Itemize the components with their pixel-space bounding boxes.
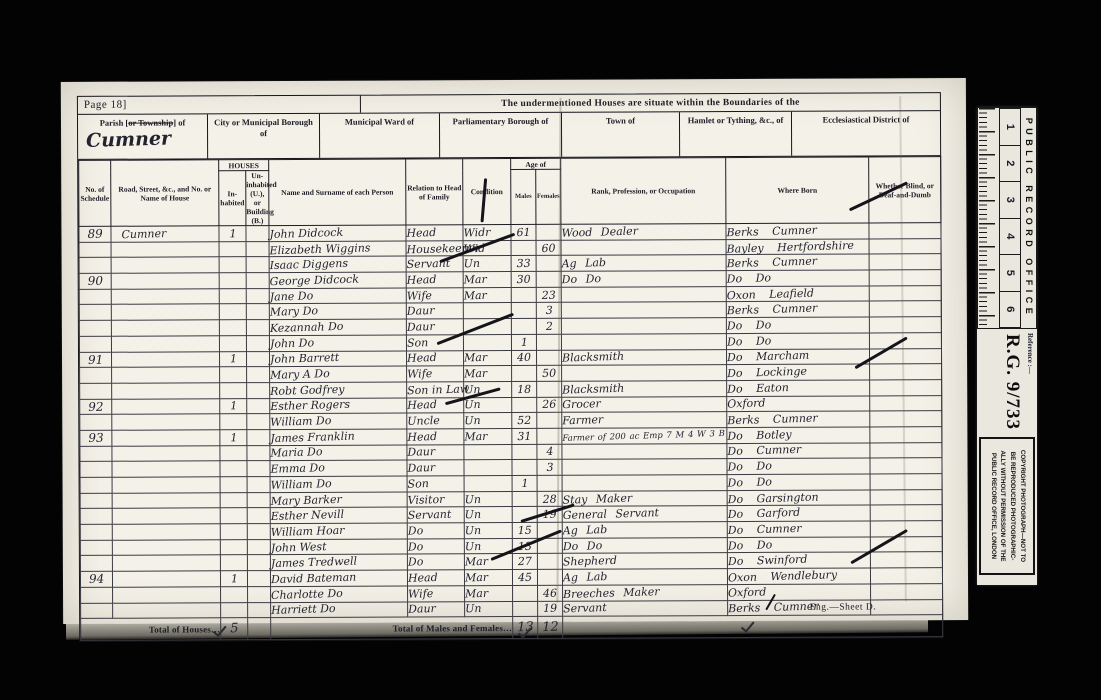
district-header-row: Parish [or Township] of Cumner City or M… (78, 111, 940, 160)
person-name: Robt Godfrey (270, 383, 345, 397)
col-occupation: Rank, Profession, or Occupation (561, 158, 726, 225)
cell-condition: Mar (463, 350, 511, 366)
cell-relation: Uncle (407, 413, 464, 429)
cell-infirm (869, 301, 941, 317)
cell-age-male (513, 585, 538, 601)
cell-inhabited (219, 273, 246, 289)
cell-uninhabited (247, 492, 270, 508)
occupation-value: Servant (563, 602, 607, 615)
cell-infirm (869, 238, 941, 254)
relation-value: Head (408, 572, 438, 585)
cell-inhabited (220, 414, 247, 430)
cell-name: Isaac Diggens (269, 256, 406, 272)
cell-name: Harriett Do (271, 601, 408, 617)
condition-value: Widr (463, 227, 490, 240)
cell-schedule (79, 258, 111, 274)
cell-occupation: Farmer (562, 412, 727, 428)
col-males: Males (511, 169, 536, 224)
age-male-value: 52 (517, 415, 531, 427)
cell-relation: Wife (407, 366, 464, 382)
age-male-value: 18 (517, 383, 531, 395)
age-male-value: 45 (518, 572, 532, 584)
pro-ruler-section: PUBLIC RECORD OFFICE 1 2 3 4 5 6 (977, 107, 1037, 329)
born-value: Do Swinford (728, 554, 808, 568)
cell-born: Do Do (726, 317, 869, 333)
cell-condition: Un (464, 491, 512, 507)
occupation-value: Wood Dealer (561, 225, 638, 239)
condition-value: Mar (464, 431, 487, 444)
cell-infirm (869, 285, 941, 301)
age-female-value: 26 (542, 399, 556, 411)
relation-value: Do (408, 541, 424, 553)
condition-value: Un (463, 258, 480, 270)
cell-age-male: 40 (511, 350, 536, 366)
cell-relation: Servant (406, 256, 463, 272)
cell-uninhabited (247, 539, 270, 555)
cell-schedule (80, 556, 112, 572)
cell-infirm (871, 599, 943, 615)
cell-born: Do Garford (727, 505, 870, 521)
banner-text: The undermentioned Houses are situate wi… (360, 93, 940, 113)
person-name: James Franklin (270, 430, 355, 445)
cell-road (113, 602, 221, 618)
cell-uninhabited (247, 367, 270, 383)
census-page: Page 18] The undermentioned Houses are s… (61, 78, 968, 624)
road-value: Cumner (121, 228, 166, 241)
relation-value: Son (407, 478, 429, 491)
cell-occupation: Farmer of 200 ac Emp 7 M 4 W 3 B (562, 428, 727, 444)
col-name: Name and Surname of each Person (269, 159, 406, 226)
age-female-value: 50 (542, 368, 556, 380)
census-table-header: No. of Schedule Road, Street, &c., and N… (79, 157, 941, 227)
cell-born: Do Garsington (727, 490, 870, 506)
cell-infirm (869, 317, 941, 333)
relation-value: Son (407, 337, 429, 350)
cell-name: Esther Rogers (270, 398, 407, 414)
relation-value: Daur (407, 462, 435, 475)
cell-inhabited (220, 461, 247, 477)
census-table-totals: Total of Houses… 5 Total of Males and Fe… (81, 615, 943, 641)
cell-schedule (80, 446, 112, 462)
cell-relation: Daur (406, 303, 463, 319)
relation-value: Do (408, 556, 424, 568)
pro-strip-content: PUBLIC RECORD OFFICE 1 2 3 4 5 6 Referen… (977, 107, 1037, 585)
cell-name: James Tredwell (270, 554, 407, 570)
cell-infirm (870, 489, 942, 505)
field-ecclesiastical-district: Ecclesiastical District of (792, 111, 940, 156)
cell-age-male (511, 287, 536, 303)
cell-occupation: Ag Lab (562, 522, 727, 538)
cell-name: John Do (269, 335, 406, 351)
parish-value: Cumner (86, 127, 172, 153)
relation-value: Head (407, 274, 437, 287)
cell-infirm (870, 427, 942, 443)
cell-inhabited (221, 602, 248, 618)
condition-value: Un (465, 541, 482, 553)
cell-name: Maria Do (270, 445, 407, 461)
cell-inhabited (219, 304, 246, 320)
person-name: William Do (270, 478, 331, 492)
cell-inhabited: 1 (219, 351, 246, 367)
cell-inhabited (220, 367, 247, 383)
ruler-number: 3 (999, 182, 1021, 219)
cell-age-male: 31 (512, 428, 537, 444)
relation-value: Wife (408, 588, 434, 601)
person-name: William Hoar (271, 525, 345, 539)
cell-schedule (79, 320, 111, 336)
born-value: Oxford (728, 586, 767, 599)
cell-road (112, 571, 220, 587)
cell-uninhabited (247, 382, 270, 398)
cell-condition: Mar (464, 554, 512, 570)
schedule-number: 89 (87, 228, 103, 240)
condition-value: Un (465, 525, 482, 537)
cell-name: Mary Do (269, 303, 406, 319)
cell-inhabited (219, 241, 246, 257)
relation-value: Daur (407, 305, 435, 318)
cell-occupation: Shepherd (562, 553, 727, 569)
cell-inhabited (220, 524, 247, 540)
cell-born: Oxford (728, 584, 871, 600)
cell-relation: Visitor (407, 491, 464, 507)
cell-name: James Franklin (270, 429, 407, 445)
schedule-number: 92 (88, 401, 104, 413)
cell-road (111, 336, 219, 352)
cell-road (111, 289, 219, 305)
cell-born: Do Marcham (726, 348, 869, 364)
cell-name: Mary A Do (270, 366, 407, 382)
cell-condition: Un (464, 507, 512, 523)
cell-born: Do Do (726, 270, 869, 286)
cell-schedule: 90 (79, 273, 111, 289)
cell-inhabited: 1 (220, 430, 247, 446)
ruler-number: 6 (999, 292, 1021, 329)
born-value: Do Do (727, 272, 772, 285)
person-name: Kezannah Do (270, 321, 344, 335)
cell-condition (464, 460, 512, 476)
cell-inhabited: 1 (220, 571, 247, 587)
cell-name: John Barrett (269, 350, 406, 366)
cell-age-male (513, 601, 538, 617)
occupation-value: Ag Lab (563, 571, 608, 584)
age-male-value: 15 (518, 525, 532, 537)
inhabited-value: 1 (229, 353, 236, 365)
cell-road (112, 477, 220, 493)
cell-born: Do Cumner (727, 443, 870, 459)
cell-schedule (80, 367, 112, 383)
cell-condition: Un (463, 256, 511, 272)
cell-inhabited (219, 257, 246, 273)
cell-schedule (81, 587, 113, 603)
age-female-value: 28 (542, 493, 556, 505)
condition-value: Mar (464, 289, 487, 302)
cell-schedule (80, 540, 112, 556)
born-value: Do Cumner (727, 444, 801, 458)
cell-occupation: Ag Lab (562, 569, 727, 585)
total-persons-label: Total of Males and Females… (271, 617, 513, 640)
occupation-value: Do Do (563, 540, 603, 553)
cell-born: Do Do (727, 458, 870, 474)
col-inhabited: In-habited (219, 171, 246, 226)
cell-road (111, 241, 219, 257)
cell-uninhabited (247, 430, 270, 446)
condition-value: Mar (465, 556, 488, 569)
person-name: Emma Do (270, 462, 325, 476)
copyright-line: ALLY WITHOUT PERMISSION OF THE (998, 439, 1007, 573)
born-value: Berks Cumner (727, 303, 818, 318)
schedule-number: 93 (88, 432, 104, 444)
page-number: Page 18] (84, 99, 127, 111)
cell-relation: Do (407, 538, 464, 554)
condition-value: Mar (464, 274, 487, 287)
condition-value: Mar (465, 587, 488, 600)
cell-age-male: 18 (512, 381, 537, 397)
schedule-number: 90 (87, 275, 103, 287)
cell-born: Berks Cumner (726, 223, 869, 239)
born-value: Do Do (727, 460, 772, 473)
occupation-value: Ag Lab (561, 257, 606, 270)
field-municipal-ward: Municipal Ward of (320, 113, 440, 158)
relation-value: Wife (407, 368, 433, 381)
person-name: John Do (270, 337, 314, 350)
cell-inhabited (220, 383, 247, 399)
cell-schedule: 94 (80, 571, 112, 587)
cell-uninhabited (246, 288, 269, 304)
total-females-handwritten: 12 (542, 620, 559, 635)
age-female-value: 23 (542, 289, 556, 301)
born-value: Do Garsington (727, 491, 818, 506)
cell-age-male (511, 303, 536, 319)
empty-cell (248, 618, 271, 640)
born-value: Do Do (728, 539, 773, 552)
age-male-value: 1 (521, 478, 528, 490)
field-city-borough: City or Municipal Borough of (208, 114, 320, 158)
cell-road (111, 320, 219, 336)
person-name: Mary Do (270, 306, 319, 319)
cell-relation: Head (406, 272, 463, 288)
cell-occupation (562, 443, 727, 459)
cell-age-male: 30 (511, 271, 536, 287)
cell-name: Mary Barker (270, 492, 407, 508)
cell-infirm (870, 458, 942, 474)
person-name: George Didcock (270, 273, 360, 288)
cell-age-male: 52 (512, 413, 537, 429)
cell-age-male (512, 460, 537, 476)
age-female-value: 46 (543, 587, 557, 599)
cell-age-male (511, 319, 536, 335)
inhabited-value: 1 (229, 228, 236, 240)
col-females: Females (536, 169, 561, 224)
condition-value: Mar (465, 572, 488, 585)
pro-reference-section: Reference :— R.G. 9/733 (977, 329, 1037, 435)
born-value: Do Eaton (727, 382, 789, 396)
age-female-value: 2 (545, 321, 552, 333)
cell-name: David Bateman (270, 570, 407, 586)
ruler-number: 4 (999, 219, 1021, 256)
person-name: Esther Rogers (270, 399, 350, 413)
pro-reference-strip: PUBLIC RECORD OFFICE 1 2 3 4 5 6 Referen… (977, 107, 1037, 585)
cell-born: Berks Cumner (726, 254, 869, 270)
condition-value: Un (464, 493, 481, 505)
cell-uninhabited (248, 602, 271, 618)
col-houses-group: HOUSES (219, 160, 269, 171)
inhabited-value: 1 (230, 573, 237, 585)
field-hamlet: Hamlet or Tything, &c., of (680, 112, 792, 156)
cell-name: William Do (270, 413, 407, 429)
ruler-ticks (979, 108, 996, 328)
age-female-value: 19 (543, 603, 557, 615)
age-male-value: 27 (518, 556, 532, 568)
born-value: Berks Cumner (727, 413, 818, 428)
cell-schedule (80, 493, 112, 509)
born-value: Oxon Wendlebury (728, 569, 837, 584)
inhabited-value: 1 (230, 432, 237, 444)
age-female-value: 3 (546, 462, 553, 474)
born-value: Do Cumner (728, 523, 802, 537)
condition-value: Un (465, 509, 482, 521)
inhabited-value: 1 (230, 401, 237, 413)
born-value: Do Marcham (727, 350, 810, 365)
cell-born: Bayley Hertfordshire (726, 239, 869, 255)
cell-relation: Daur (407, 460, 464, 476)
cell-inhabited (220, 445, 247, 461)
cell-age-male: 45 (512, 570, 537, 586)
cell-born: Do Do (726, 333, 869, 349)
age-female-value: 3 (545, 305, 552, 317)
condition-value: Mar (464, 352, 487, 365)
field-town: Town of (562, 112, 680, 157)
born-value: Berks Cumner (726, 256, 817, 271)
cell-occupation: Servant (563, 600, 728, 616)
occupation-value: Shepherd (563, 555, 617, 569)
born-value: Do Garford (728, 507, 801, 521)
cell-infirm (869, 332, 941, 348)
cell-age-female: 19 (538, 601, 563, 617)
relation-value: Uncle (407, 415, 440, 428)
census-table: No. of Schedule Road, Street, &c., and N… (78, 156, 943, 641)
occupation-value: Grocer (562, 399, 601, 412)
cell-occupation: Breeches Maker (563, 584, 728, 600)
cell-condition: Mar (463, 287, 511, 303)
col-born: Where Born (726, 157, 869, 224)
occupation-value: Do Do (562, 273, 602, 286)
cell-occupation: Grocer (562, 396, 727, 412)
cell-inhabited (219, 288, 246, 304)
relation-value: Head (407, 431, 437, 444)
cell-road (112, 540, 220, 556)
cell-road (111, 351, 219, 367)
occupation-value: Farmer (562, 414, 603, 427)
cell-born: Oxon Wendlebury (727, 568, 870, 584)
condition-value: Un (465, 603, 482, 615)
cell-schedule: 89 (79, 226, 111, 242)
relation-value: Head (407, 352, 437, 365)
cell-occupation (562, 365, 727, 381)
person-name: Isaac Diggens (269, 258, 348, 272)
relation-value: Son in Law (407, 383, 469, 397)
born-value: Berks Cumner (726, 224, 817, 239)
col-relation: Relation to Head of Family (406, 159, 463, 225)
person-name: Maria Do (270, 447, 322, 461)
age-male-value: 1 (520, 337, 527, 349)
cell-occupation (561, 302, 726, 318)
cell-name: John Didcock (269, 225, 406, 241)
pro-ruler-numbers: 1 2 3 4 5 6 (999, 108, 1021, 328)
cell-road (112, 508, 220, 524)
born-value: Berks Cumner (728, 601, 819, 616)
cell-schedule (79, 305, 111, 321)
person-name: John Barrett (270, 352, 340, 366)
person-name: Esther Nevill (271, 509, 345, 523)
cell-inhabited (221, 586, 248, 602)
relation-value: Servant (408, 509, 452, 522)
cell-occupation: Blacksmith (562, 380, 727, 396)
cell-road (112, 492, 220, 508)
cell-occupation: Do Do (562, 537, 727, 553)
cell-infirm (870, 411, 942, 427)
cell-road (112, 445, 220, 461)
cell-born: Do Swinford (727, 552, 870, 568)
cell-inhabited (219, 320, 246, 336)
ruler-number: 2 (999, 146, 1021, 183)
cell-uninhabited (246, 335, 269, 351)
cell-relation: Daur (408, 601, 465, 617)
age-male-value: 40 (517, 352, 531, 364)
cell-condition (463, 319, 511, 335)
ruler-number: 1 (999, 108, 1021, 146)
cell-condition (464, 444, 512, 460)
cell-occupation: Blacksmith (561, 349, 726, 365)
born-value: Do Botley (727, 429, 792, 443)
cell-schedule (79, 242, 111, 258)
total-females-value: 12 (538, 616, 563, 638)
cell-road (111, 273, 219, 289)
cell-born: Do Do (727, 537, 870, 553)
cell-age-female: 60 (536, 240, 561, 256)
cell-age-female (536, 224, 561, 240)
cell-inhabited (220, 492, 247, 508)
parish-label-struck: or Township (128, 117, 173, 127)
cell-relation: Do (407, 554, 464, 570)
age-male-value: 61 (516, 227, 530, 239)
cell-uninhabited (246, 226, 269, 242)
col-uninhabited: Un-inhabited (U.), or Building (B.) (246, 171, 269, 226)
cell-uninhabited (246, 320, 269, 336)
occupation-value: General Servant (563, 507, 660, 522)
cell-condition: Un (464, 397, 512, 413)
copyright-line: BE REPRODUCED PHOTOGRAPHIC- (1008, 439, 1017, 573)
cell-age-female (537, 569, 562, 585)
cell-infirm (869, 270, 941, 286)
col-age-group: Age of (511, 158, 561, 169)
cell-born: Do Botley (727, 427, 870, 443)
cell-age-male: 15 (512, 522, 537, 538)
condition-value: Mar (464, 368, 487, 381)
cell-inhabited (220, 539, 247, 555)
born-value: Do Do (727, 335, 772, 348)
col-road: Road, Street, &c., and No. or Name of Ho… (111, 160, 219, 226)
cell-schedule: 93 (80, 430, 112, 446)
total-houses-label: Total of Houses… (81, 618, 221, 641)
cell-uninhabited (246, 257, 269, 273)
copyright-line: PUBLIC RECORD OFFICE, LONDON (988, 439, 997, 573)
cell-infirm (870, 442, 942, 458)
cell-born: Do Lockinge (727, 364, 870, 380)
cell-infirm (870, 505, 942, 521)
cell-name: Esther Nevill (270, 507, 407, 523)
cell-inhabited (220, 508, 247, 524)
cell-schedule (81, 603, 113, 619)
